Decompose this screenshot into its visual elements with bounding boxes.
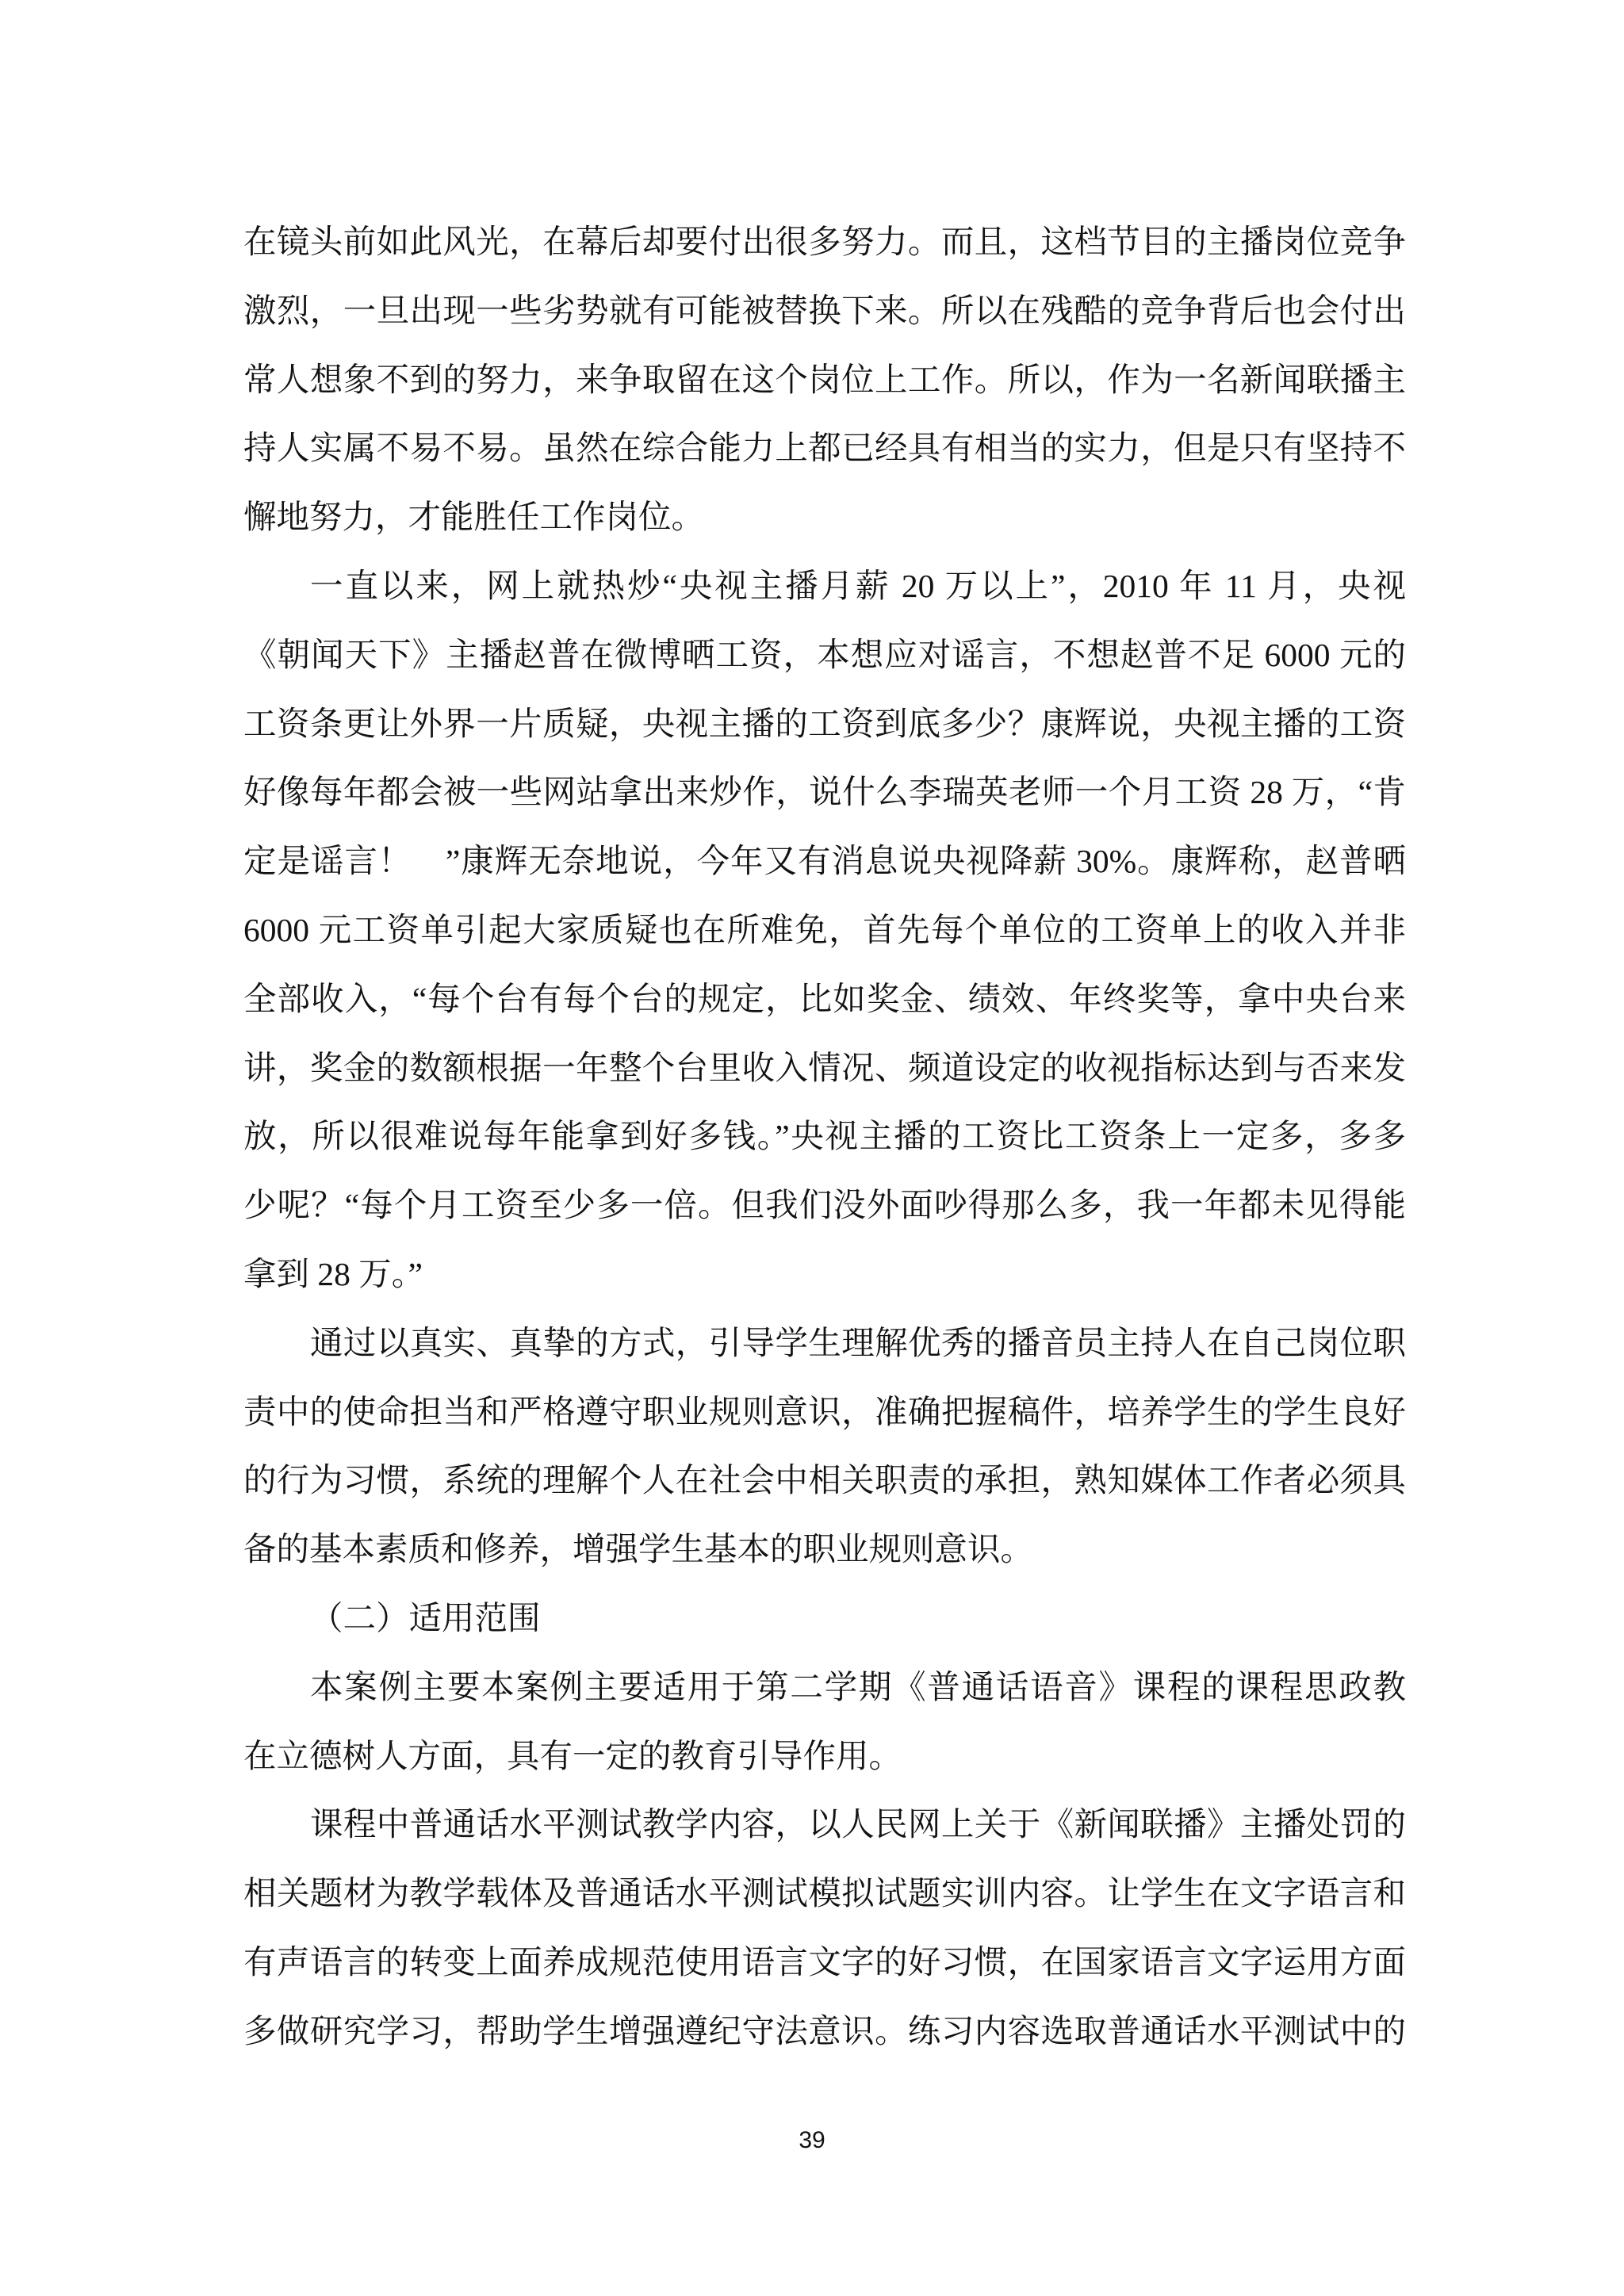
text-line: 有声语言的转变上面养成规范使用语言文字的好习惯，在国家语言文字运用方面 — [243, 1928, 1406, 1997]
text-line: 好像每年都会被一些网站拿出来炒作，说什么李瑞英老师一个月工资 28 万，“肯 — [243, 758, 1406, 827]
paragraph: 一直以来，网上就热炒“央视主播月薪 20 万以上”，2010 年 11 月，央视… — [243, 552, 1406, 1309]
text-line: 懈地努力，才能胜任工作岗位。 — [243, 483, 1406, 552]
document-body: 在镜头前如此风光，在幕后却要付出很多努力。而且，这档节目的主播岗位竞争激烈，一旦… — [243, 208, 1406, 2066]
text-line: 《朝闻天下》主播赵普在微博晒工资，本想应对谣言，不想赵普不足 6000 元的 — [243, 621, 1406, 690]
text-line: 一直以来，网上就热炒“央视主播月薪 20 万以上”，2010 年 11 月，央视 — [243, 552, 1406, 621]
text-line: 放，所以很难说每年能拿到好多钱。”央视主播的工资比工资条上一定多，多多 — [243, 1102, 1406, 1171]
document-page: 在镜头前如此风光，在幕后却要付出很多努力。而且，这档节目的主播岗位竞争激烈，一旦… — [0, 0, 1624, 2296]
text-line: 讲，奖金的数额根据一年整个台里收入情况、频道设定的收视指标达到与否来发 — [243, 1034, 1406, 1103]
paragraph: 在镜头前如此风光，在幕后却要付出很多努力。而且，这档节目的主播岗位竞争激烈，一旦… — [243, 208, 1406, 552]
paragraph: 课程中普通话水平测试教学内容，以人民网上关于《新闻联播》主播处罚的相关题材为教学… — [243, 1790, 1406, 2065]
text-line: 课程中普通话水平测试教学内容，以人民网上关于《新闻联播》主播处罚的 — [243, 1790, 1406, 1859]
text-line: 少呢？“每个月工资至少多一倍。但我们没外面吵得那么多，我一年都未见得能 — [243, 1171, 1406, 1240]
text-line: 责中的使命担当和严格遵守职业规则意识，准确把握稿件，培养学生的学生良好 — [243, 1378, 1406, 1447]
text-line: 多做研究学习，帮助学生增强遵纪守法意识。练习内容选取普通话水平测试中的 — [243, 1997, 1406, 2066]
text-line: 持人实属不易不易。虽然在综合能力上都已经具有相当的实力，但是只有坚持不 — [243, 414, 1406, 483]
text-line: 相关题材为教学载体及普通话水平测试模拟试题实训内容。让学生在文字语言和 — [243, 1859, 1406, 1928]
paragraph: 本案例主要本案例主要适用于第二学期《普通话语音》课程的课程思政教学。在立德树人方… — [243, 1653, 1406, 1791]
text-line: 在镜头前如此风光，在幕后却要付出很多努力。而且，这档节目的主播岗位竞争 — [243, 208, 1406, 277]
paragraph: 通过以真实、真挚的方式，引导学生理解优秀的播音员主持人在自己岗位职责中的使命担当… — [243, 1309, 1406, 1584]
text-line: 本案例主要本案例主要适用于第二学期《普通话语音》课程的课程思政教学。 — [243, 1653, 1406, 1722]
text-line: 在立德树人方面，具有一定的教育引导作用。 — [243, 1722, 1406, 1791]
text-line: 定是谣言！ ”康辉无奈地说，今年又有消息说央视降薪 30%。康辉称，赵普晒 — [243, 827, 1406, 896]
text-line: 全部收入，“每个台有每个台的规定，比如奖金、绩效、年终奖等，拿中央台来 — [243, 965, 1406, 1034]
text-line: 6000 元工资单引起大家质疑也在所难免，首先每个单位的工资单上的收入并非 — [243, 896, 1406, 965]
text-line: 的行为习惯，系统的理解个人在社会中相关职责的承担，熟知媒体工作者必须具 — [243, 1446, 1406, 1515]
page-number: 39 — [0, 2125, 1624, 2156]
text-line: （二）适用范围 — [243, 1584, 1406, 1653]
text-line: 激烈，一旦出现一些劣势就有可能被替换下来。所以在残酷的竞争背后也会付出 — [243, 277, 1406, 346]
paragraph: （二）适用范围 — [243, 1584, 1406, 1653]
text-line: 通过以真实、真挚的方式，引导学生理解优秀的播音员主持人在自己岗位职 — [243, 1309, 1406, 1378]
text-line: 常人想象不到的努力，来争取留在这个岗位上工作。所以，作为一名新闻联播主 — [243, 346, 1406, 415]
text-line: 备的基本素质和修养，增强学生基本的职业规则意识。 — [243, 1515, 1406, 1584]
text-line: 拿到 28 万。” — [243, 1240, 1406, 1309]
text-line: 工资条更让外界一片质疑，央视主播的工资到底多少？康辉说，央视主播的工资 — [243, 690, 1406, 759]
